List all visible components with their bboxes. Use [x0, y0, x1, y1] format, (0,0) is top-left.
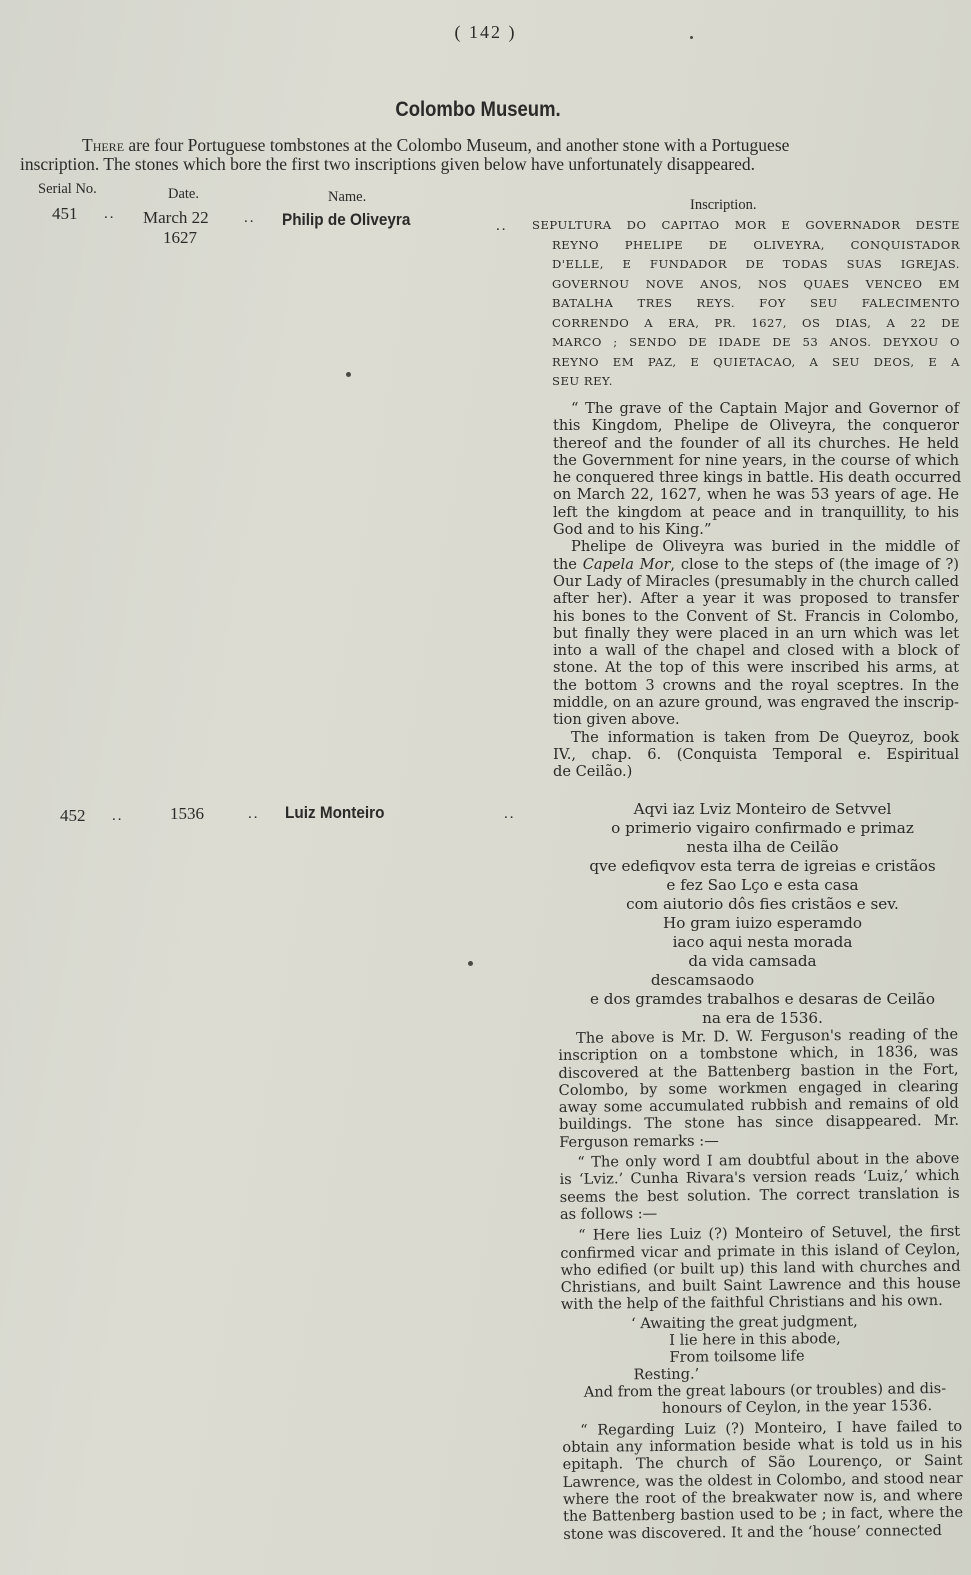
source-line: The information is taken from De Queyroz…: [553, 729, 959, 746]
inscription-line: SEPULTURA DO CAPITAO MOR E GOVERNADOR DE…: [532, 216, 960, 236]
entry-date: 1536: [170, 804, 204, 824]
translation-line: the Government for nine years, in the co…: [553, 452, 959, 469]
inscription-line: CORRENDO A ERA, PR. 1627, OS DIAS, A 22 …: [532, 314, 960, 334]
note-line: tion given above.: [553, 711, 959, 728]
entry-serial: 451: [52, 204, 78, 224]
inscription-verse-line: Aqvi iaz Lviz Monteiro de Setvvel: [575, 800, 950, 819]
column-header-inscription: Inscription.: [690, 197, 756, 214]
translation-line: thereof and the founder of all its churc…: [553, 435, 959, 452]
inscription-line: MARCO ; SENDO DE IDADE DE 53 ANOS. DEYXO…: [532, 333, 960, 353]
page-number: ( 142 ): [0, 22, 971, 43]
note-line: Our Lady of Miracles (presumably in the …: [553, 573, 959, 590]
entry-year: 1627: [163, 228, 197, 248]
note-line: after her). After a year it was proposed…: [553, 590, 959, 607]
inscription-line: D'ELLE, E FUNDADOR DE TODAS SUAS IGREJAS…: [532, 255, 960, 275]
leader-dots: ..: [104, 206, 116, 223]
intro-line-2: inscription. The stones which bore the f…: [20, 155, 960, 174]
column-header-name: Name.: [328, 189, 366, 206]
inscription-translation: “ The grave of the Captain Major and Gov…: [553, 400, 959, 781]
entry-date: March 22: [143, 208, 209, 228]
paper-speck: [346, 372, 351, 377]
inscription-verse-line: e dos gramdes trabalhos e desaras de Cei…: [575, 990, 950, 1009]
leader-dots: ..: [504, 806, 516, 823]
paper-speck: [468, 961, 473, 966]
note-line: middle, on an azure ground, was engraved…: [553, 694, 959, 711]
paper-speck: [690, 36, 693, 39]
leader-dots: ..: [244, 210, 256, 227]
column-header-serial: Serial No.: [38, 181, 97, 198]
inscription-verse-line: Ho gram iuizo esperamdo: [575, 914, 950, 933]
inscription-line: REYNO PHELIPE DE OLIVEYRA, CONQUISTADOR: [532, 236, 960, 256]
note-line: into a wall of the chapel and closed wit…: [553, 642, 959, 659]
translation-line: “ The grave of the Captain Major and Gov…: [553, 400, 959, 417]
inscription-verse-line: descamsaodo: [515, 971, 890, 990]
entry-name: Luiz Monteiro: [285, 803, 384, 823]
note-line: the Capela Mor, close to the steps of (t…: [553, 556, 959, 573]
column-header-date: Date.: [168, 186, 199, 203]
translation-line: this Kingdom, Phelipe de Oliveyra, the c…: [553, 417, 959, 434]
source-line: IV., chap. 6. (Conquista Temporal e. Esp…: [553, 746, 959, 763]
page-title: Colombo Museum.: [57, 98, 898, 122]
inscription-line: REYNO EM PAZ, E QUIETACAO, A SEU DEOS, E…: [532, 353, 960, 373]
entry-serial: 452: [60, 806, 86, 826]
inscription-line: GOVERNOU NOVE ANOS, NOS QUAES VENCEO EM: [532, 275, 960, 295]
leader-dots: ..: [496, 218, 508, 235]
translation-line: God and to his King.”: [553, 521, 959, 538]
source-line: de Ceilão.): [553, 763, 959, 780]
document-page: ( 142 ) Colombo Museum. There are four P…: [0, 0, 971, 1575]
note-line: stone. At the top of this were inscribed…: [553, 659, 959, 676]
translation-line: on March 22, 1627, when he was 53 years …: [553, 486, 959, 503]
inscription-verse-line: e fez Sao Lço e esta casa: [575, 876, 950, 895]
remark-line: as follows :—: [560, 1202, 960, 1223]
inscription-verse-line: nesta ilha de Ceilão: [575, 838, 950, 857]
inscription-line: SEU REY.: [532, 372, 960, 392]
translation-line: with the help of the faithful Christians…: [561, 1292, 961, 1313]
translation-line: left the kingdom at peace and in tranqui…: [553, 504, 959, 521]
commentary-line: Ferguson remarks :—: [559, 1130, 959, 1151]
note-line: but finally they were placed in an urn w…: [553, 625, 959, 642]
inscription-verse-line: o primerio vigairo confirmado e primaz: [575, 819, 950, 838]
leader-dots: ..: [112, 808, 124, 825]
inscription-verse-line: com aiutorio dôs fies cristãos e sev.: [575, 895, 950, 914]
inscription-commentary: The above is Mr. D. W. Ferguson's readin…: [558, 1026, 963, 1543]
inscription-verse-line: na era de 1536.: [575, 1009, 950, 1028]
note-line: his bones to the Convent of St. Francis …: [553, 608, 959, 625]
intro-paragraph: There are four Portuguese tombstones at …: [20, 136, 960, 174]
inscription-verse-line: qve edefiqvov esta terra de igreias e cr…: [575, 857, 950, 876]
intro-lead-word: There: [82, 135, 124, 155]
inscription-verse-line: da vida camsada: [565, 952, 940, 971]
note-line: the bottom 3 crowns and the royal sceptr…: [553, 677, 959, 694]
inscription-portuguese: SEPULTURA DO CAPITAO MOR E GOVERNADOR DE…: [532, 216, 960, 392]
intro-line-1: are four Portuguese tombstones at the Co…: [124, 135, 789, 155]
inscription-verse-line: iaco aqui nesta morada: [575, 933, 950, 952]
inscription-portuguese: Aqvi iaz Lviz Monteiro de Setvvelo prime…: [575, 800, 950, 1028]
regarding-line: stone was discovered. It and the ‘house’…: [563, 1521, 963, 1542]
note-line: Phelipe de Oliveyra was buried in the mi…: [553, 538, 959, 555]
inscription-line: BATALHA TRES REYS. FOY SEU FALECIMENTO: [532, 294, 960, 314]
leader-dots: ..: [248, 806, 260, 823]
entry-name: Philip de Oliveyra: [282, 210, 410, 230]
translation-line: he conquered three kings in battle. His …: [553, 469, 959, 486]
